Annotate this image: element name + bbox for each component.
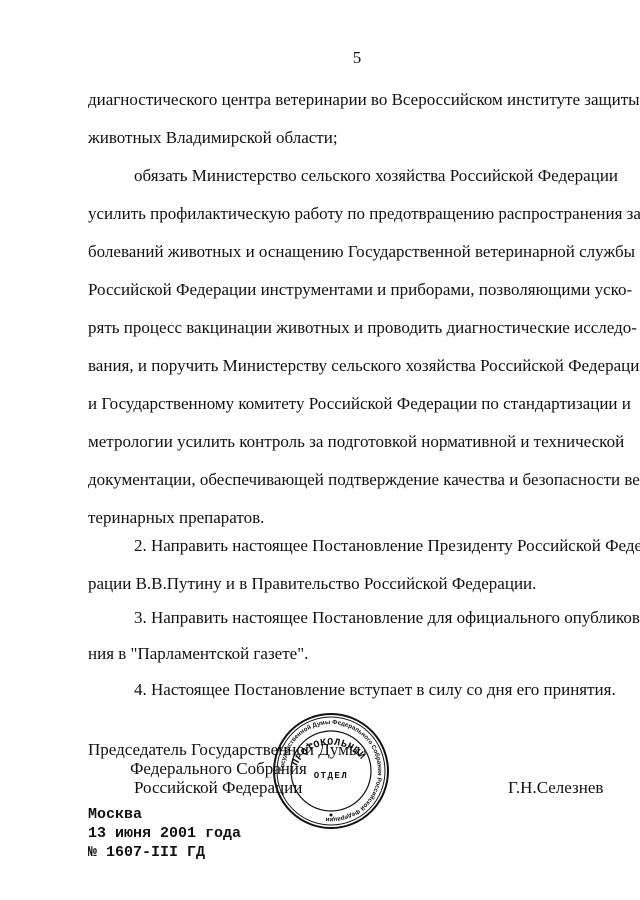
body-line: 2. Направить настоящее Постановление Пре… bbox=[134, 536, 596, 556]
stamp-center-text: ОТДЕЛ bbox=[314, 771, 349, 781]
footer-date: 13 июня 2001 года bbox=[88, 825, 241, 843]
body-line: и Государственному комитету Российской Ф… bbox=[88, 394, 596, 414]
signatory-name: Г.Н.Селезнев bbox=[508, 778, 603, 798]
body-line: 4. Настоящее Постановление вступает в си… bbox=[134, 680, 596, 700]
body-line: 3. Направить настоящее Постановление для… bbox=[134, 608, 596, 628]
page-number: 5 bbox=[0, 48, 640, 68]
svg-text:ПРОТОКОЛЬНЫЙ: ПРОТОКОЛЬНЫЙ bbox=[290, 738, 369, 769]
official-seal-stamp: Государственной Думы Федерального Собран… bbox=[272, 712, 390, 830]
stamp-inner-top-text: ПРОТОКОЛЬНЫЙ bbox=[290, 738, 369, 769]
body-line: документации, обеспечивающей подтвержден… bbox=[88, 470, 596, 490]
body-line: ния в "Парламентской газете". bbox=[88, 644, 596, 664]
body-line: болеваний животных и оснащению Государст… bbox=[88, 242, 596, 262]
body-line: обязать Министерство сельского хозяйства… bbox=[134, 166, 596, 186]
body-line: диагностического центра ветеринарии во В… bbox=[88, 90, 596, 110]
body-line: рять процесс вакцинации животных и прово… bbox=[88, 318, 596, 338]
footer-city: Москва bbox=[88, 806, 142, 824]
body-line: метрологии усилить контроль за подготовк… bbox=[88, 432, 596, 452]
body-line: вания, и поручить Министерству сельского… bbox=[88, 356, 596, 376]
body-line: усилить профилактическую работу по предо… bbox=[88, 204, 596, 224]
body-line: Российской Федерации инструментами и при… bbox=[88, 280, 596, 300]
footer-document-number: № 1607-III ГД bbox=[88, 844, 205, 862]
body-line: рации В.В.Путину и в Правительство Росси… bbox=[88, 574, 596, 594]
body-line: животных Владимирской области; bbox=[88, 128, 596, 148]
body-line: теринарных препаратов. bbox=[88, 508, 596, 528]
